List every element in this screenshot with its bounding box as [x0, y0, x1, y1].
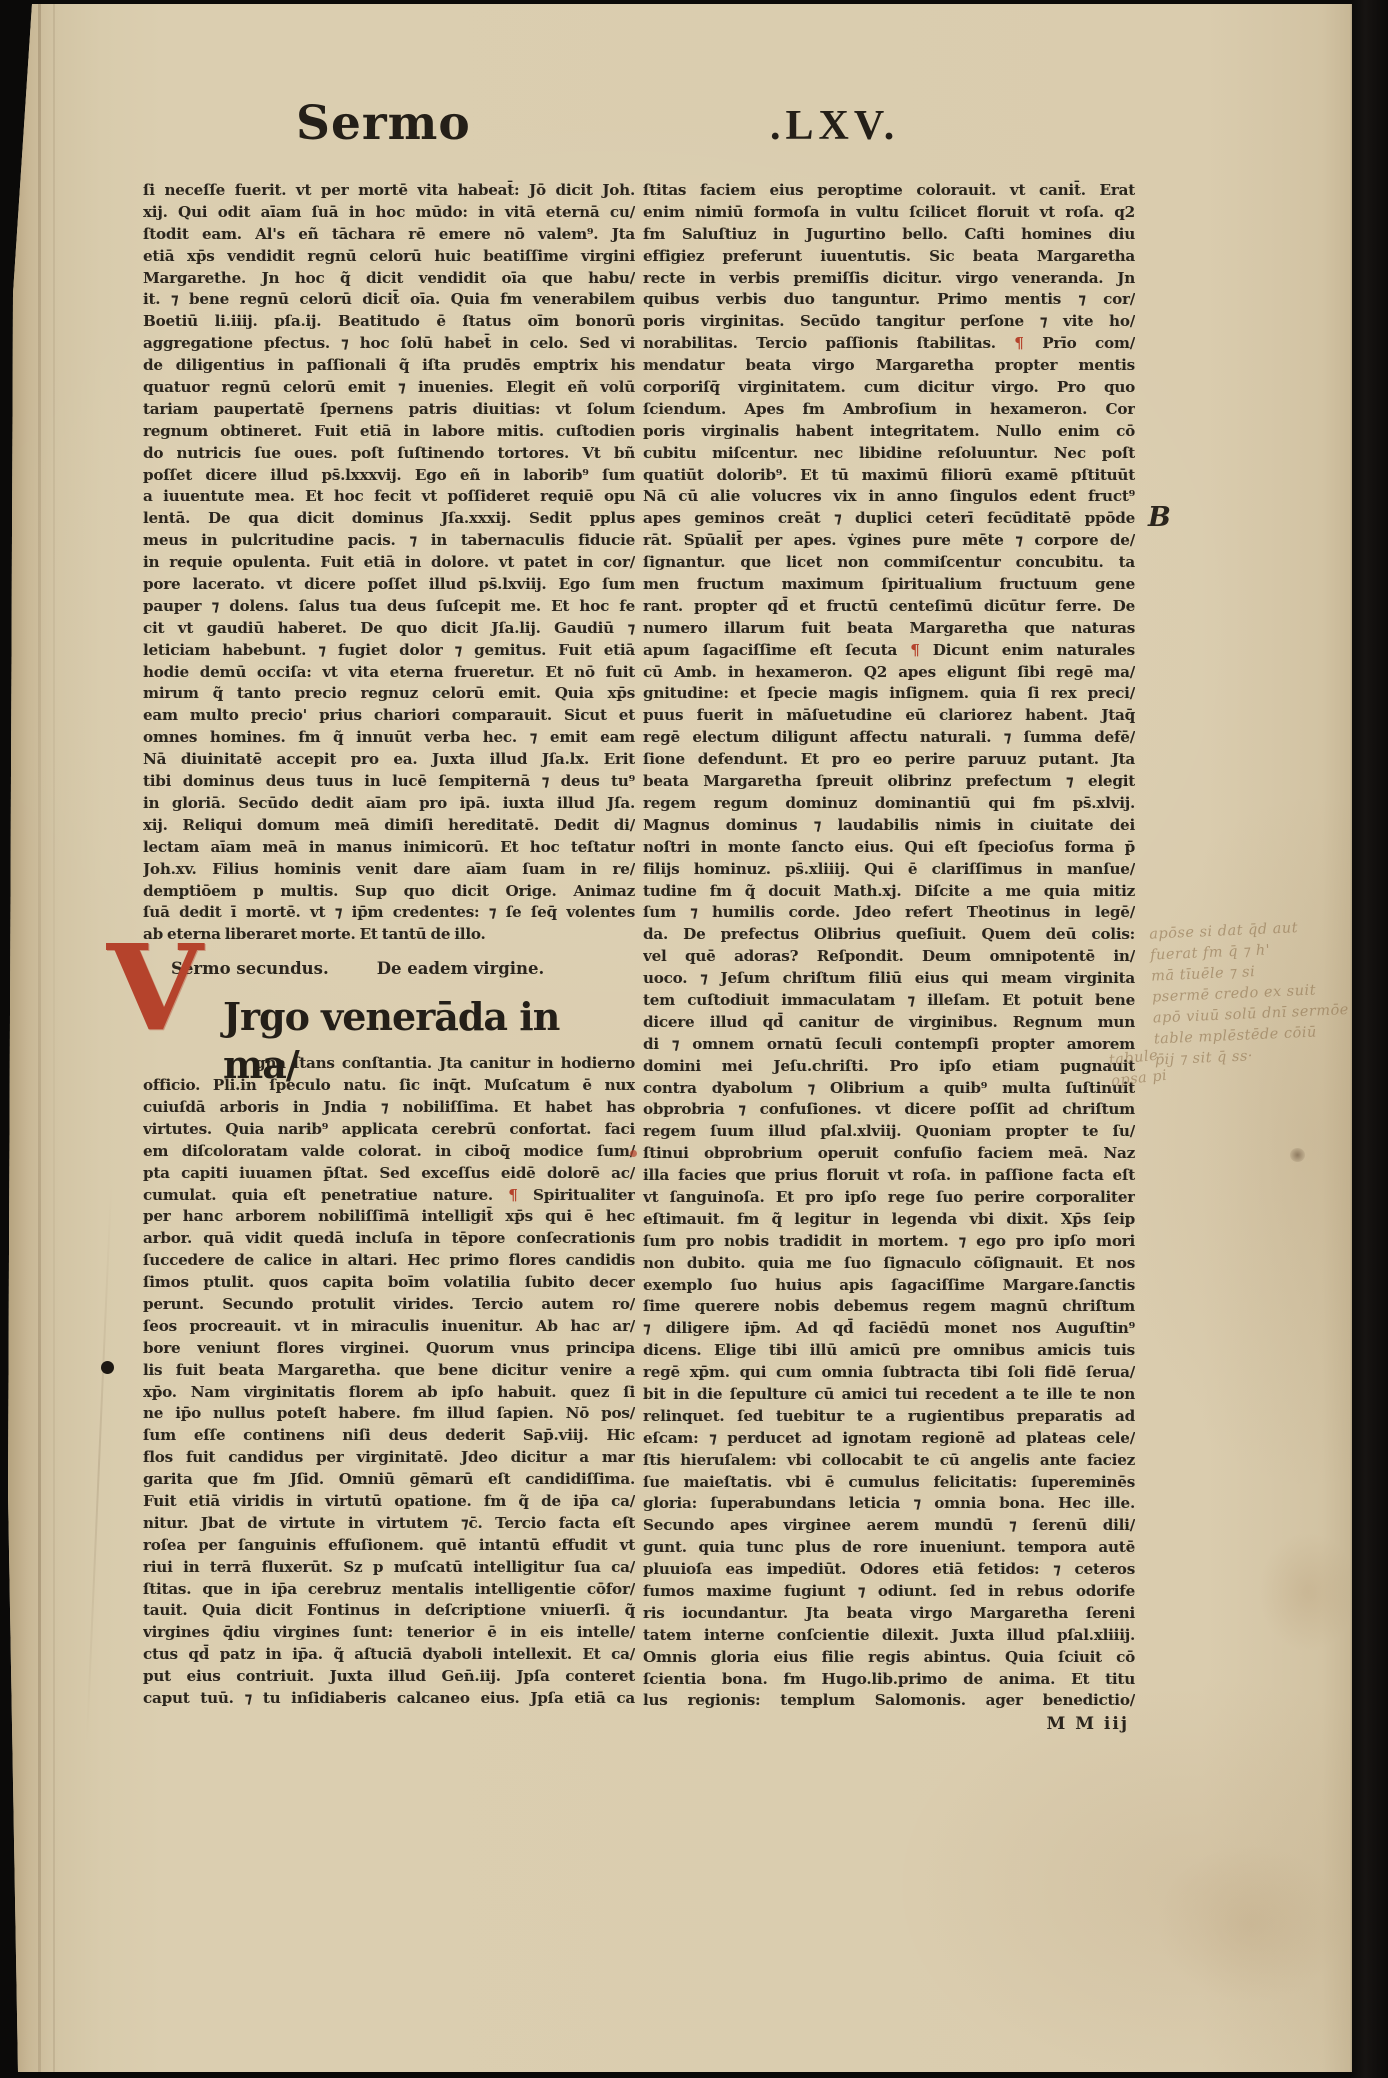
text-line: poſſet dicere illud ps̄.lxxxvij. Ego eñ …: [143, 465, 635, 487]
foxing-stain: [1258, 1532, 1358, 1652]
text-line: cū Amb. in hexameron. Q2 apes eligunt ſi…: [643, 662, 1135, 684]
text-line: ſuā dedit ī mortē. vt ⁊ ip̄m credentes: …: [143, 902, 635, 924]
text-line: mendatur beata virgo Margaretha propter …: [643, 355, 1135, 377]
text-line: Boetiū li.iiij. pſa.ij. Beatitudo ē ſtat…: [143, 311, 635, 333]
text-line: quibus verbis duo tanguntur. Primo menti…: [643, 289, 1135, 311]
text-line: regē xp̄m. qui cum omnia ſubtracta tibi …: [643, 1362, 1135, 1384]
text-line: hodie demū occiſa: vt vita eterna fruere…: [143, 662, 635, 684]
incipit-heading: Jrgo venerāda in ma/: [143, 993, 635, 1045]
book-page: Sermo .LXV. ſi neceſſe fuerit. vt per mo…: [6, 4, 1352, 2072]
text-line: bore veniunt flores virginei. Quorum vnu…: [143, 1338, 635, 1360]
text-line: virgines q̄diu virgines ſunt: tenerior ē…: [143, 1622, 635, 1644]
text-line: meus in pulcritudine pacis. ⁊ in taberna…: [143, 530, 635, 552]
text-line: ſeos procreauit. vt in miraculis inuenit…: [143, 1316, 635, 1338]
text-line: pore lacerato. vt dicere poſſet illud ps…: [143, 574, 635, 596]
gutter-crease: [38, 4, 41, 2072]
text-line: contra dyabolum ⁊ Olibrium a quib⁹ multa…: [643, 1078, 1135, 1100]
text-line: norabilitas. Tercio paſſionis ſtabilitas…: [643, 333, 1135, 355]
text-line: di ⁊ omnem ornatū ſeculi contempſi propt…: [643, 1034, 1135, 1056]
text-line: ſciendum. Apes fm Ambroſium in hexameron…: [643, 399, 1135, 421]
text-line: filijs hominuz. ps̄.xliiij. Qui ē clariſ…: [643, 859, 1135, 881]
text-line: lectam aīam meā in manus inimicorū. Et h…: [143, 837, 635, 859]
text-line: Secundo apes virginee aerem mundū ⁊ ſere…: [643, 1515, 1135, 1537]
text-line: Omnis gloria eius filie regis abintus. Q…: [643, 1647, 1135, 1669]
text-line: flos fuit candidus per virginitatē. Jdeo…: [143, 1447, 635, 1469]
text-line: xij. Reliqui domum meā dimiſi hereditatē…: [143, 815, 635, 837]
text-line: leticiam habebunt. ⁊ fugiet dolor ⁊ gemi…: [143, 640, 635, 662]
quire-signature: M M iij: [643, 1714, 1135, 1740]
text-line: lus regionis: templum Salomonis. ager be…: [643, 1690, 1135, 1712]
text-line: ſione defendunt. Et pro eo perire paruuz…: [643, 749, 1135, 771]
text-line: Joh.xv. Filius hominis venit dare aīam ſ…: [143, 859, 635, 881]
text-line: eſtimauit. fm q̃ legitur in legenda vbi …: [643, 1209, 1135, 1231]
text-line: regē electum diligunt affectu naturali. …: [643, 727, 1135, 749]
text-line: gunt. quia tunc plus de rore inueniunt. …: [643, 1537, 1135, 1559]
text-line: rāt. Spūalit̄ per apes. v̇gines pure mēt…: [643, 530, 1135, 552]
text-line: exemplo ſuo huius apis ſagaciſſime Marga…: [643, 1275, 1135, 1297]
text-line: ris iocundantur. Jta beata virgo Margare…: [643, 1603, 1135, 1625]
text-line: xp̄o. Nam virginitatis florem ab ipſo ha…: [143, 1382, 635, 1404]
text-line: regnum obtineret. Fuit etiā in labore mi…: [143, 421, 635, 443]
text-line: demptiōem p multis. Sup quo dicit Orige.…: [143, 881, 635, 903]
text-line: omnes homines. fm q̃ innuūt verba hec. ⁊…: [143, 727, 635, 749]
text-line: garita que fm Jſid. Omniū gēmarū eſt can…: [143, 1469, 635, 1491]
text-line: mirum q̃ tanto precio regnuz celorū emit…: [143, 683, 635, 705]
text-line: xij. Qui odit aīam ſuā in hoc mūdo: in v…: [143, 202, 635, 224]
text-line: da. De prefectus Olibrius queſiuit. Quem…: [643, 924, 1135, 946]
text-line: Nā cū alie volucres vix in anno ſingulos…: [643, 486, 1135, 508]
text-line: uoco. ⁊ Jeſum chriſtum filiū eius qui me…: [643, 968, 1135, 990]
text-line: vel quē adoras? Reſpondit. Deum omnipote…: [643, 946, 1135, 968]
text-line: lentā. De qua dicit dominus Jſa.xxxij. S…: [143, 508, 635, 530]
sermon-section-heading: Sermo secundus. De eadem virgine.: [171, 959, 635, 983]
text-line: put eius contriuit. Juxta illud Gen̄.iij…: [143, 1666, 635, 1688]
text-line: ſime querere nobis debemus regem magnū c…: [643, 1296, 1135, 1318]
text-line: roſea per ſanguinis effuſionem. quē inta…: [143, 1535, 635, 1557]
text-line: in gloriā. Secūdo dedit aīam pro ipā. iu…: [143, 793, 635, 815]
text-line: Nā diuinitatē accepit pro ea. Juxta illu…: [143, 749, 635, 771]
text-line: effigiez preferunt iuuentutis. Sic beata…: [643, 246, 1135, 268]
text-line: ſue maieſtatis. vbi ē cumulus felicitati…: [643, 1472, 1135, 1494]
text-line: ctus qd̄ patz in ip̄a. q̃ aſtuciā dyabol…: [143, 1644, 635, 1666]
text-line: rant. propter qd̄ et fructū centeſimū di…: [643, 596, 1135, 618]
text-line: it. ⁊ bene regnū celorū dicit̄ oīa. Quia…: [143, 289, 635, 311]
red-ink-fleck: [630, 1150, 637, 1157]
text-line: pauper ⁊ dolens. ſalus tua deus ſuſcepit…: [143, 596, 635, 618]
right-column-paragraphs: ſtitas faciem eius peroptime colorauit. …: [643, 180, 1135, 1712]
text-line: ſtodit eam. Al's eñ tāchara rē emere nō …: [143, 224, 635, 246]
text-line: puus fuerit in māſuetudine eū clariorez …: [643, 705, 1135, 727]
text-line: arbor. quā vidit quedā incluſa in tēpore…: [143, 1228, 635, 1250]
text-line: ſtitas. que in ip̄a cerebruz mentalis in…: [143, 1579, 635, 1601]
text-line: dicens. Elige tibi illū amicū pre omnibu…: [643, 1340, 1135, 1362]
text-line: cubitu miſcentur. nec libidine reſoluunt…: [643, 443, 1135, 465]
text-line: quatuor regnū celorū emit ⁊ inuenies. El…: [143, 377, 635, 399]
text-line: non dubito. quia me ſuo ſignaculo cōſign…: [643, 1253, 1135, 1275]
text-line: riui in terrā fluxerūt. Sz p muſcatū int…: [143, 1557, 635, 1579]
text-line: ſum ⁊ humilis corde. Jdeo refert Theotin…: [643, 902, 1135, 924]
text-line: relinquet. ſed tuebitur te a rugientibus…: [643, 1406, 1135, 1428]
text-line: ſi neceſſe fuerit. vt per mortē vita hab…: [143, 180, 635, 202]
right-text-column: ſtitas faciem eius peroptime colorauit. …: [643, 180, 1135, 1740]
text-line: tibi dominus deus tuus in lucē ſempitern…: [143, 771, 635, 793]
text-line: numero illarum fuit beata Margaretha que…: [643, 618, 1135, 640]
text-line: tatem interne conſcientie dilexit. Juxta…: [643, 1625, 1135, 1647]
scanned-book-photo: { "colors": {"paper":"#d9ccae","ink":"#2…: [0, 0, 1388, 2078]
fold-crease: [86, 1184, 112, 1744]
folio-number: .LXV.: [770, 102, 899, 150]
text-line: de diligentius in paſſionali q̃ iſta pru…: [143, 355, 635, 377]
text-line: do nutricis ſue oues. poſt ſuſtinendo to…: [143, 443, 635, 465]
left-text-column: ſi neceſſe fuerit. vt per mortē vita hab…: [143, 180, 635, 1710]
text-line: obprobria ⁊ confuſiones. vt dicere poſſi…: [643, 1099, 1135, 1121]
section-heading-part: De eadem virgine.: [377, 959, 545, 983]
text-line: recte in verbis premiſſis dicitur. virgo…: [643, 268, 1135, 290]
book-edge-shadow: [1350, 0, 1388, 2078]
text-line: tudine fm q̃ docuit Math.xj. Diſcite a m…: [643, 881, 1135, 903]
text-line: quatiūt dolorib⁹. Et tū maximū filiorū e…: [643, 465, 1135, 487]
text-line: per hanc arborem nobiliſſimā intelligit̄…: [143, 1206, 635, 1228]
text-line: fumos maxime fugiunt ⁊ odiunt. ſed in re…: [643, 1581, 1135, 1603]
text-line: bit in die ſepulture cū amici tui recede…: [643, 1384, 1135, 1406]
text-line: cumulat. quia eſt penetratiue nature. ¶ …: [143, 1185, 635, 1207]
text-line: perunt. Secundo protulit virides. Tercio…: [143, 1294, 635, 1316]
text-line: apum ſagaciſſime eſt ſecuta ¶ Dicunt eni…: [643, 640, 1135, 662]
text-line: em diſcoloratam valde colorat. in ciboq̄…: [143, 1141, 635, 1163]
text-line: corporiſq̄ virginitatem. cum dicitur vir…: [643, 377, 1135, 399]
text-line: aggregatione pfectus. ⁊ hoc ſolū habet̄ …: [143, 333, 635, 355]
ink-spot: [1290, 1148, 1305, 1162]
text-line: pta capiti iuuamen p̄ſtat. Sed exceſſus …: [143, 1163, 635, 1185]
margin-ink-dot: [101, 1361, 114, 1374]
text-line: apes geminos creāt ⁊ duplici ceterī fecū…: [643, 508, 1135, 530]
text-line: cuiuſdā arboris in Jndia ⁊ nobiliſſima. …: [143, 1097, 635, 1119]
gutter-crease: [53, 4, 55, 2072]
text-line: beata Margaretha ſpreuit olibrinz prefec…: [643, 771, 1135, 793]
text-line: ne ip̄o nullus poteſt habere. fm illud ſ…: [143, 1403, 635, 1425]
text-line: ab eterna liberaret morte. Et tantū de i…: [143, 924, 635, 946]
handwritten-marginalia-fragment: tabuleopsa pi: [1108, 1041, 1202, 1092]
text-line: tauit. Quia dicit Fontinus in deſcriptio…: [143, 1600, 635, 1622]
text-line: ſtis hieruſalem: vbi collocabit te cū an…: [643, 1450, 1135, 1472]
text-line: Margarethe. Jn hoc q̃ dicit vendidit oīa…: [143, 268, 635, 290]
text-line: virtutes. Quia narib⁹ applicata cerebrū …: [143, 1119, 635, 1141]
text-line: gloria: ſuperabundans leticia ⁊ omnia bo…: [643, 1493, 1135, 1515]
text-line: enim nimiū formoſa in vultu ſcilicet flo…: [643, 202, 1135, 224]
left-column-paragraphs: gna ſtans conſtantia. Jta canitur in hod…: [143, 1053, 635, 1710]
text-line: tem cuſtodiuit immaculatam ⁊ illeſam. Et…: [643, 990, 1135, 1012]
text-line: domini mei Jeſu.chriſti. Pro ipſo etiam …: [643, 1056, 1135, 1078]
text-line: illa facies que prius floruit vt roſa. i…: [643, 1165, 1135, 1187]
text-line: caput tuū. ⁊ tu inſidiaberis calcaneo ei…: [143, 1688, 635, 1710]
text-line: ſum pro nobis tradidit in mortem. ⁊ ego …: [643, 1231, 1135, 1253]
rubricated-initial-V: V: [107, 938, 203, 1038]
text-line: ſuccedere de calice in altari. Hec primo…: [143, 1250, 635, 1272]
text-line: a iuuentute mea. Et hoc fecit vt poſſide…: [143, 486, 635, 508]
text-line: lis fuit beata Margaretha. que bene dici…: [143, 1360, 635, 1382]
text-line: poris virginitas. Secūdo tangitur perſon…: [643, 311, 1135, 333]
text-line: Fuit etiā viridis in virtutū opatione. f…: [143, 1491, 635, 1513]
text-line: cit vt gaudiū haberet. De quo dicit Jſa.…: [143, 618, 635, 640]
text-line: noſtri in monte ſancto eius. Qui eſt ſpe…: [643, 837, 1135, 859]
text-line: ⁊ diligere ip̄m. Ad qd̄ faciēdū monet no…: [643, 1318, 1135, 1340]
text-line: officio. Pli.in ſpeculo natu. ſic inq̄t.…: [143, 1075, 635, 1097]
text-line: tariam paupertatē ſpernens patris diuiti…: [143, 399, 635, 421]
text-line: ſimos ptulit. quos capita boīm volatilia…: [143, 1272, 635, 1294]
text-line: eſcam: ⁊ perducet ad ignotam regionē ad …: [643, 1428, 1135, 1450]
text-line: pluuioſa eas impediūt. Odores etiā fetid…: [643, 1559, 1135, 1581]
text-line: dicere illud qd̄ canitur de virginibus. …: [643, 1012, 1135, 1034]
text-line: ſcientia bona. fm Hugo.lib.primo de anim…: [643, 1669, 1135, 1691]
text-line: in requie opulenta. Fuit etiā in dolore.…: [143, 552, 635, 574]
text-line: etiā xp̄s vendidit regnū celorū huic bea…: [143, 246, 635, 268]
text-line: regem ſuum illud pſal.xlviij. Quoniam pr…: [643, 1121, 1135, 1143]
text-line: Magnus dominus ⁊ laudabilis nimis in ciu…: [643, 815, 1135, 837]
text-line: ſum eſſe continens niſi deus dederit Sap…: [143, 1425, 635, 1447]
margin-guide-letter: B: [1148, 502, 1171, 533]
text-line: gna ſtans conſtantia. Jta canitur in hod…: [143, 1053, 635, 1075]
text-line: gnitudine: et ſpecie magis inſignem. qui…: [643, 683, 1135, 705]
text-line: ſignantur. que licet non commiſcentur co…: [643, 552, 1135, 574]
text-line: regem regum dominuz dominantiū qui fm ps…: [643, 793, 1135, 815]
text-line: ſtitas faciem eius peroptime colorauit. …: [643, 180, 1135, 202]
text-line: eam multo precio' prius chariori compara…: [143, 705, 635, 727]
running-title: Sermo: [296, 96, 471, 151]
foxing-stain: [1156, 1844, 1346, 2004]
left-column-paragraphs: ſi neceſſe fuerit. vt per mortē vita hab…: [143, 180, 635, 946]
text-line: men fructum maximum ſpiritualium fructuu…: [643, 574, 1135, 596]
text-line: poris virginalis habent integritatem. Nu…: [643, 421, 1135, 443]
text-line: ſtinui obprobrium operuit confuſio facie…: [643, 1143, 1135, 1165]
text-line: fm Saluſtiuz in Jugurtino bello. Caſti h…: [643, 224, 1135, 246]
text-line: nitur. Jbat de virtute in virtutem ⁊c̄. …: [143, 1513, 635, 1535]
text-line: vt ſanguinoſa. Et pro ipſo rege ſuo peri…: [643, 1187, 1135, 1209]
